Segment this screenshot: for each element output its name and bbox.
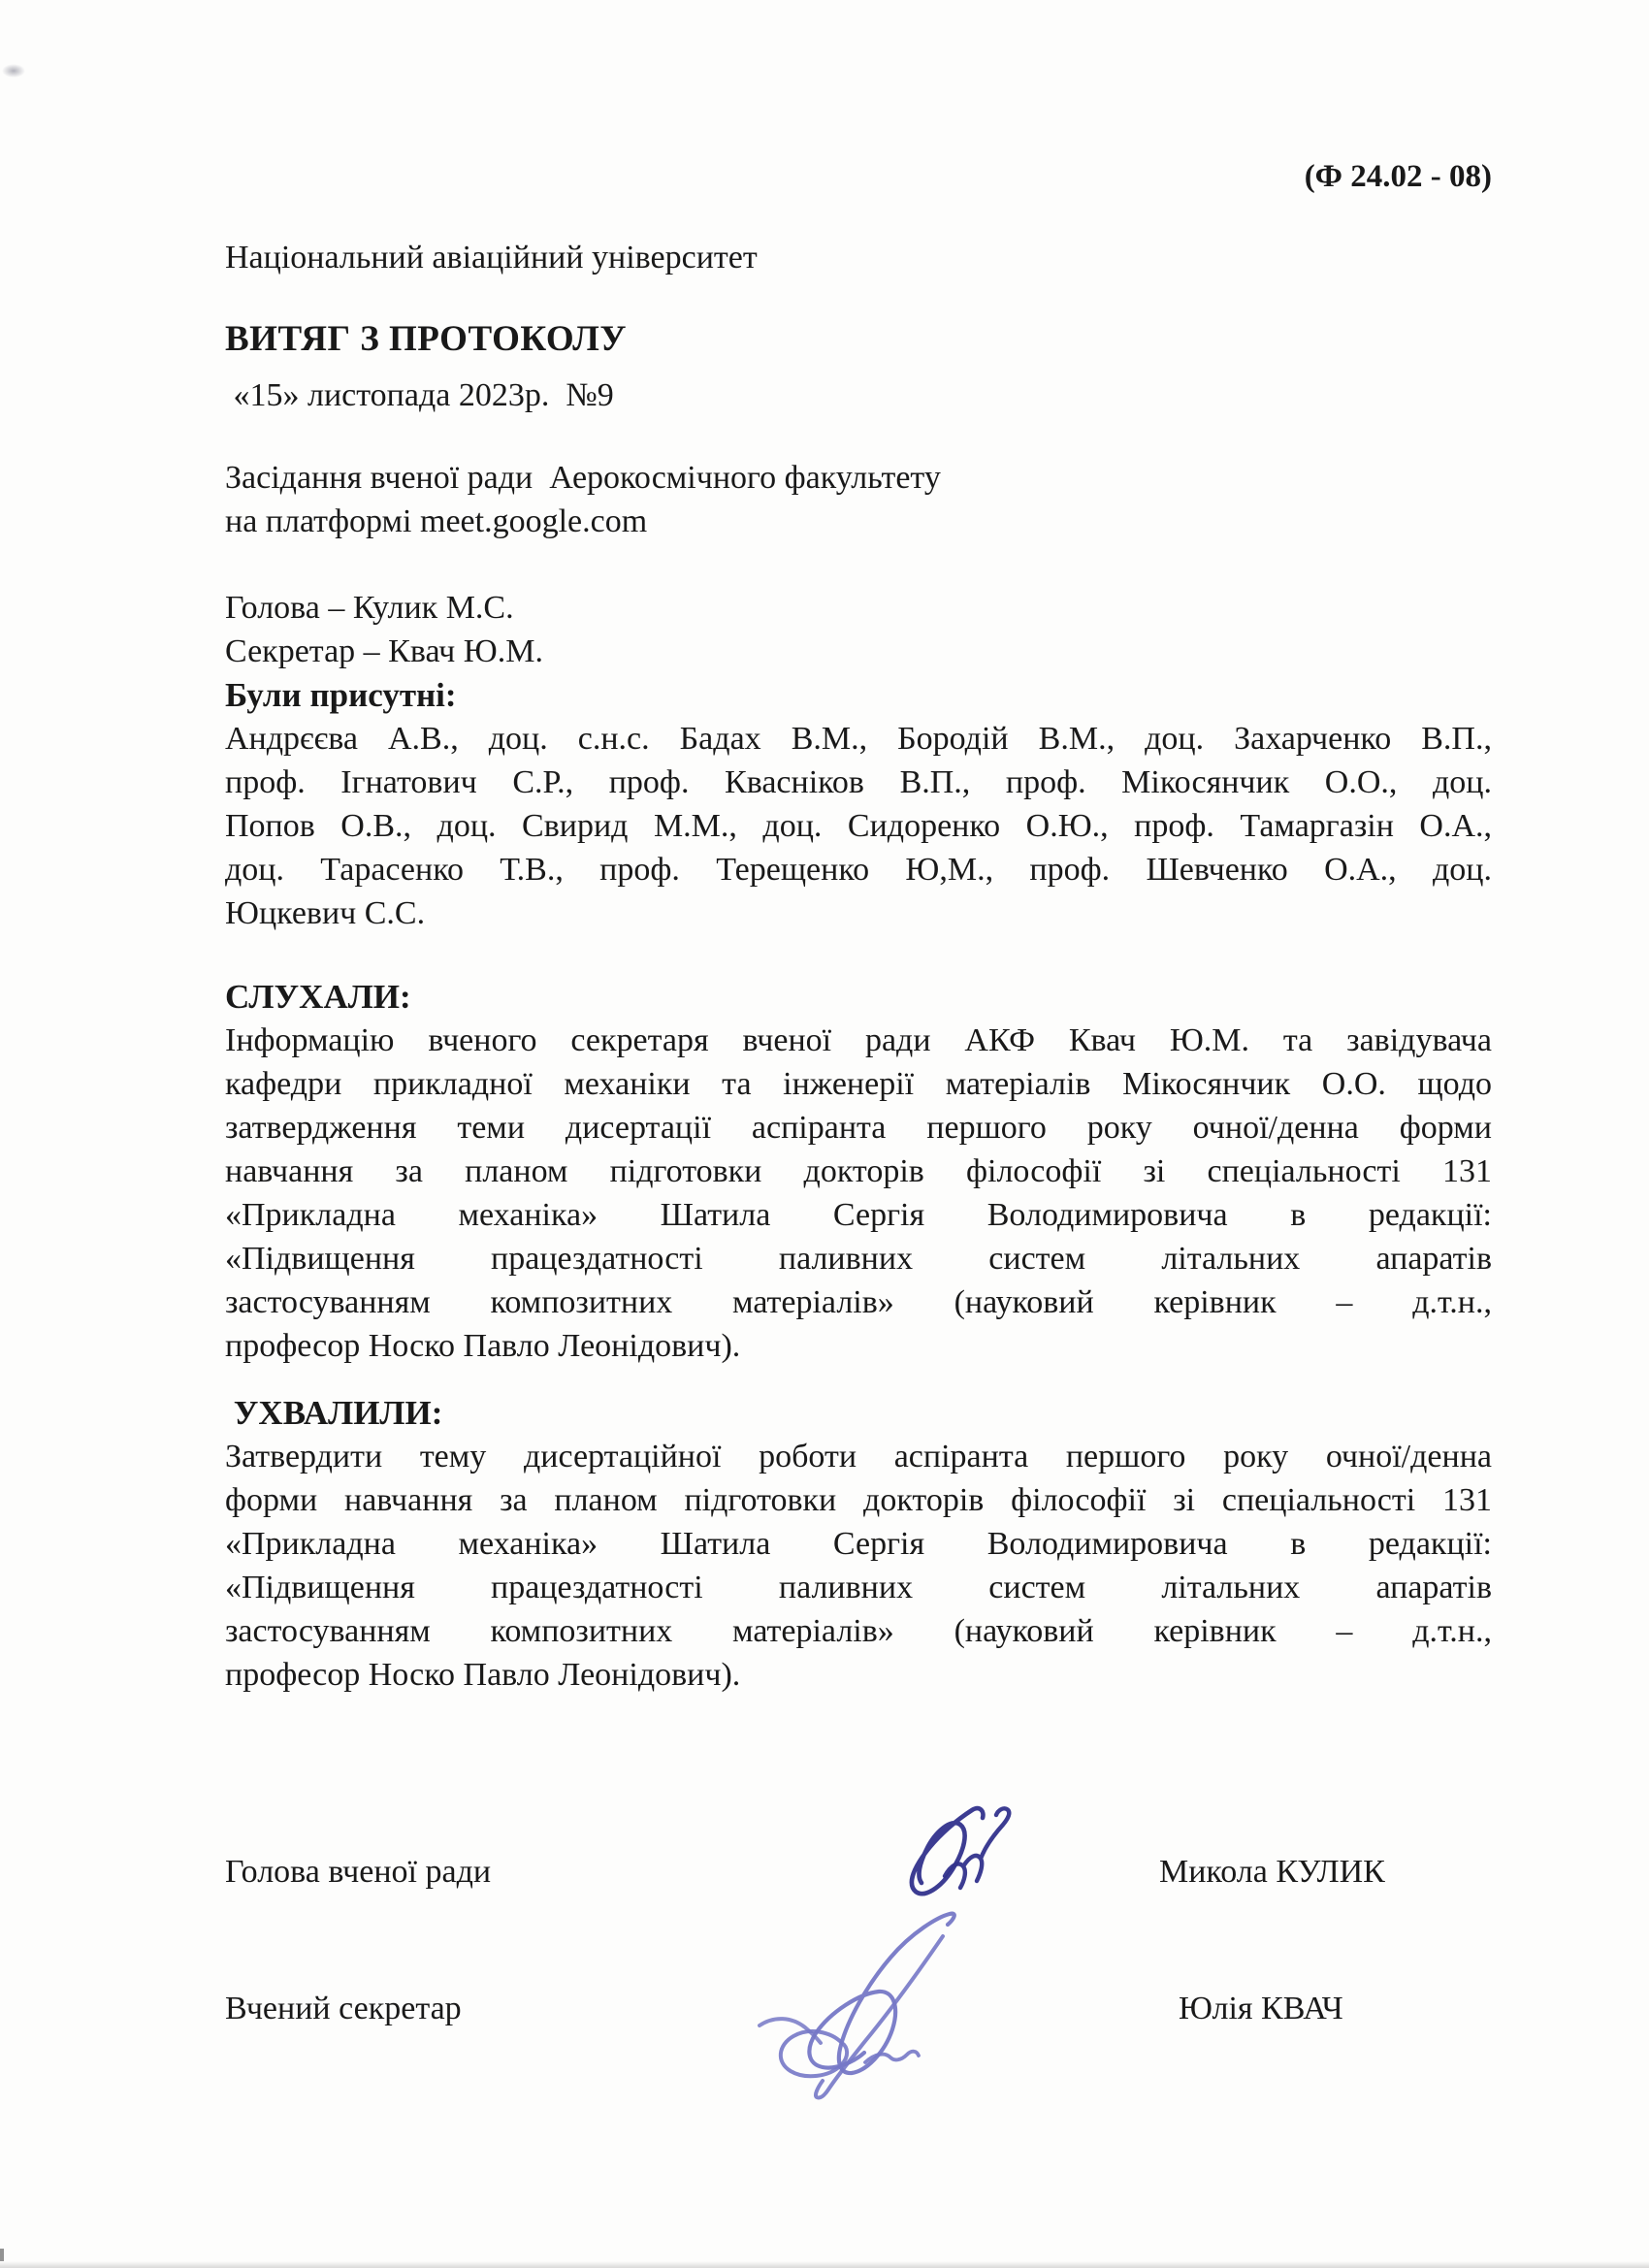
scanned-document-page: (Ф 24.02 - 08) Національний авіаційний у…	[0, 0, 1649, 2268]
text-line: Інформацію вченого секретаря вченої ради…	[225, 1019, 1492, 1062]
text-line: Попов О.В., доц. Свирид М.М., доц. Сидор…	[225, 804, 1492, 848]
meeting-line-1: Засідання вченої ради Аерокосмічного фак…	[225, 456, 1492, 500]
text-line: застосуванням композитних матеріалів» (н…	[225, 1609, 1492, 1653]
text-line: кафедри прикладної механіки та інженерії…	[225, 1062, 1492, 1106]
scan-bottom-shade	[0, 2261, 1649, 2268]
organization-name: Національний авіаційний університет	[225, 236, 1492, 279]
signature-role-secretary: Вчений секретар	[225, 1987, 462, 2030]
text-line: «Прикладна механіка» Шатила Сергія Волод…	[225, 1522, 1492, 1566]
resolved-paragraph: Затвердити тему дисертаційної роботи асп…	[225, 1435, 1492, 1697]
text-line: професор Носко Павло Леонідович).	[225, 1653, 1492, 1697]
text-line: професор Носко Павло Леонідович).	[225, 1324, 1492, 1368]
resolved-label: УХВАЛИЛИ:	[225, 1391, 1492, 1435]
text-line: затвердження теми дисертації аспіранта п…	[225, 1106, 1492, 1150]
text-line: навчання за планом підготовки докторів ф…	[225, 1150, 1492, 1193]
signature-role-chair: Голова вченої ради	[225, 1850, 491, 1894]
meeting-line-2: на платформі meet.google.com	[225, 500, 1492, 543]
form-code: (Ф 24.02 - 08)	[970, 155, 1492, 199]
text-line: «Прикладна механіка» Шатила Сергія Волод…	[225, 1193, 1492, 1237]
text-line: Затвердити тему дисертаційної роботи асп…	[225, 1435, 1492, 1478]
present-label: Були присутні:	[225, 673, 1492, 717]
text-line: доц. Тарасенко Т.В., проф. Терещенко Ю,М…	[225, 848, 1492, 891]
chair-line: Голова – Кулик М.С.	[225, 586, 1492, 630]
present-list: Андрєєва А.В., доц. с.н.с. Бадах В.М., Б…	[225, 717, 1492, 935]
document-date-number: «15» листопада 2023р. №9	[225, 373, 1492, 417]
signature-ink-secretary	[757, 1907, 1022, 2103]
scan-edge-mark	[0, 2249, 4, 2261]
signature-name-secretary: Юлія КВАЧ	[1179, 1987, 1343, 2030]
text-line: «Підвищення працездатності паливних сист…	[225, 1566, 1492, 1609]
scan-speck	[2, 64, 25, 78]
text-line: форми навчання за планом підготовки докт…	[225, 1478, 1492, 1522]
secretary-line: Секретар – Квач Ю.М.	[225, 630, 1492, 673]
signature-ink-chair	[885, 1802, 1028, 1923]
text-line: Андрєєва А.В., доц. с.н.с. Бадах В.М., Б…	[225, 717, 1492, 761]
text-line: «Підвищення працездатності паливних сист…	[225, 1237, 1492, 1280]
heard-label: СЛУХАЛИ:	[225, 975, 1492, 1019]
text-line: Юцкевич С.С.	[225, 891, 1492, 935]
text-line: застосуванням композитних матеріалів» (н…	[225, 1280, 1492, 1324]
heard-paragraph: Інформацію вченого секретаря вченої ради…	[225, 1019, 1492, 1368]
text-line: проф. Ігнатович С.Р., проф. Квасніков В.…	[225, 761, 1492, 804]
signature-name-chair: Микола КУЛИК	[1159, 1850, 1385, 1894]
document-title: ВИТЯГ З ПРОТОКОЛУ	[225, 317, 1492, 361]
